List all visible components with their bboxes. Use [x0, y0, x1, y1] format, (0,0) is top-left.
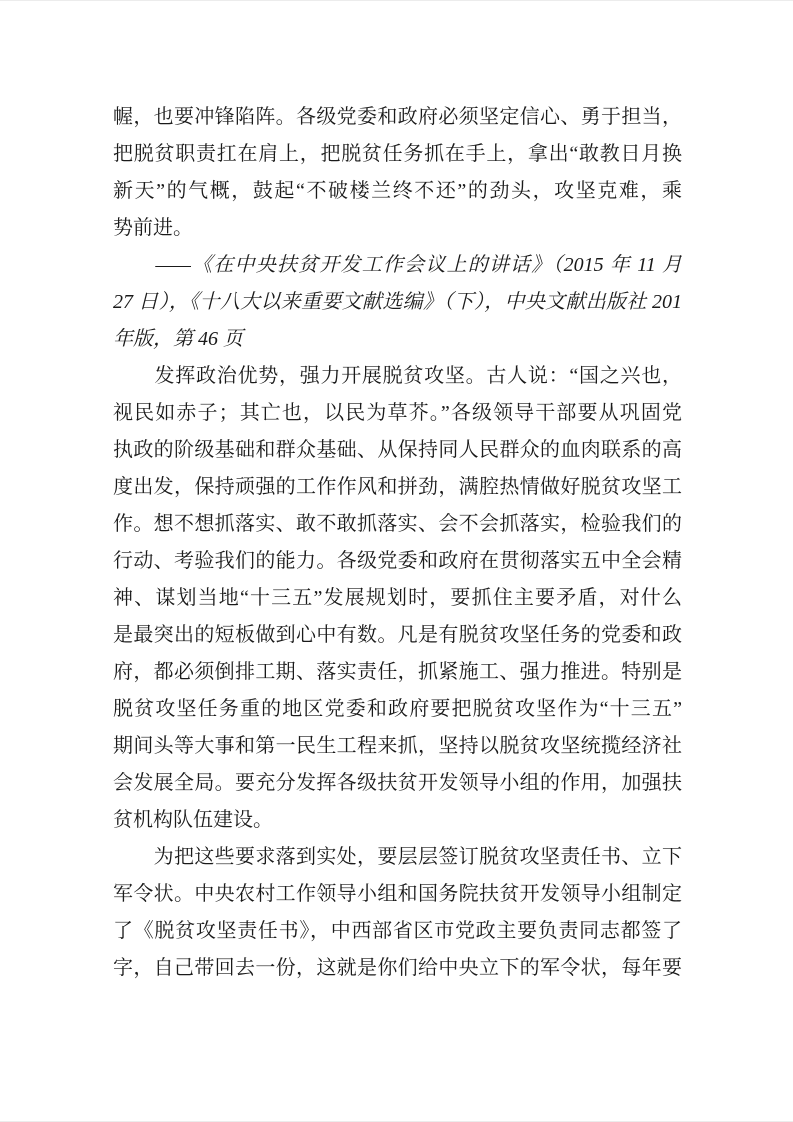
- text-line: 行动、考验我们的能力。各级党委和政府在贯彻落实五中全会精: [113, 543, 682, 580]
- text-line: 执政的阶级基础和群众基础、从保持同人民群众的血肉联系的高: [113, 432, 682, 469]
- text-line: 把脱贫职责扛在肩上，把脱贫任务抓在手上，拿出“敢教日月换: [113, 136, 682, 173]
- text-line: 新天”的气概，鼓起“不破楼兰终不还”的劲头，攻坚克难，乘: [113, 173, 682, 210]
- text-line: 度出发，保持顽强的工作作风和拼劲，满腔热情做好脱贫攻坚工: [113, 469, 682, 506]
- text-line: 势前进。: [113, 210, 682, 247]
- text-line: 贫机构队伍建设。: [113, 802, 682, 839]
- text-line: 作。想不想抓落实、敢不敢抓落实、会不会抓落实，检验我们的: [113, 506, 682, 543]
- text-line: 27 日），《十八大以来重要文献选编》（下），中央文献出版社 2018: [113, 284, 682, 321]
- body-paragraph: 幄，也要冲锋陷阵。各级党委和政府必须坚定信心、勇于担当，把脱贫职责扛在肩上，把脱…: [113, 99, 682, 247]
- text-line: 幄，也要冲锋陷阵。各级党委和政府必须坚定信心、勇于担当，: [113, 99, 682, 136]
- body-paragraph: 发挥政治优势，强力开展脱贫攻坚。古人说：“国之兴也，视民如赤子；其亡也，以民为草…: [113, 358, 682, 839]
- document-page: 幄，也要冲锋陷阵。各级党委和政府必须坚定信心、勇于担当，把脱贫职责扛在肩上，把脱…: [0, 0, 793, 1122]
- text-line: 视民如赤子；其亡也，以民为草芥。”各级领导干部要从巩固党: [113, 395, 682, 432]
- text-line: 脱贫攻坚任务重的地区党委和政府要把脱贫攻坚作为“十三五”: [113, 691, 682, 728]
- text-line: 期间头等大事和第一民生工程来抓，坚持以脱贫攻坚统揽经济社: [113, 728, 682, 765]
- text-line: ——《在中央扶贫开发工作会议上的讲话》（2015 年 11 月: [113, 247, 682, 284]
- document-content: 幄，也要冲锋陷阵。各级党委和政府必须坚定信心、勇于担当，把脱贫职责扛在肩上，把脱…: [113, 99, 682, 987]
- text-line: 是最突出的短板做到心中有数。凡是有脱贫攻坚任务的党委和政: [113, 617, 682, 654]
- text-line: 为把这些要求落到实处，要层层签订脱贫攻坚责任书、立下: [113, 839, 682, 876]
- text-line: 神、谋划当地“十三五”发展规划时，要抓住主要矛盾，对什么: [113, 580, 682, 617]
- citation-paragraph: ——《在中央扶贫开发工作会议上的讲话》（2015 年 11 月27 日），《十八…: [113, 247, 682, 358]
- text-line: 字，自己带回去一份，这就是你们给中央立下的军令状，每年要: [113, 950, 682, 987]
- text-line: 军令状。中央农村工作领导小组和国务院扶贫开发领导小组制定: [113, 876, 682, 913]
- text-line: 会发展全局。要充分发挥各级扶贫开发领导小组的作用，加强扶: [113, 765, 682, 802]
- text-line: 年版，第 46 页: [113, 321, 682, 358]
- body-paragraph: 为把这些要求落到实处，要层层签订脱贫攻坚责任书、立下军令状。中央农村工作领导小组…: [113, 839, 682, 987]
- text-line: 府，都必须倒排工期、落实责任，抓紧施工、强力推进。特别是: [113, 654, 682, 691]
- text-line: 了《脱贫攻坚责任书》，中西部省区市党政主要负责同志都签了: [113, 913, 682, 950]
- text-line: 发挥政治优势，强力开展脱贫攻坚。古人说：“国之兴也，: [113, 358, 682, 395]
